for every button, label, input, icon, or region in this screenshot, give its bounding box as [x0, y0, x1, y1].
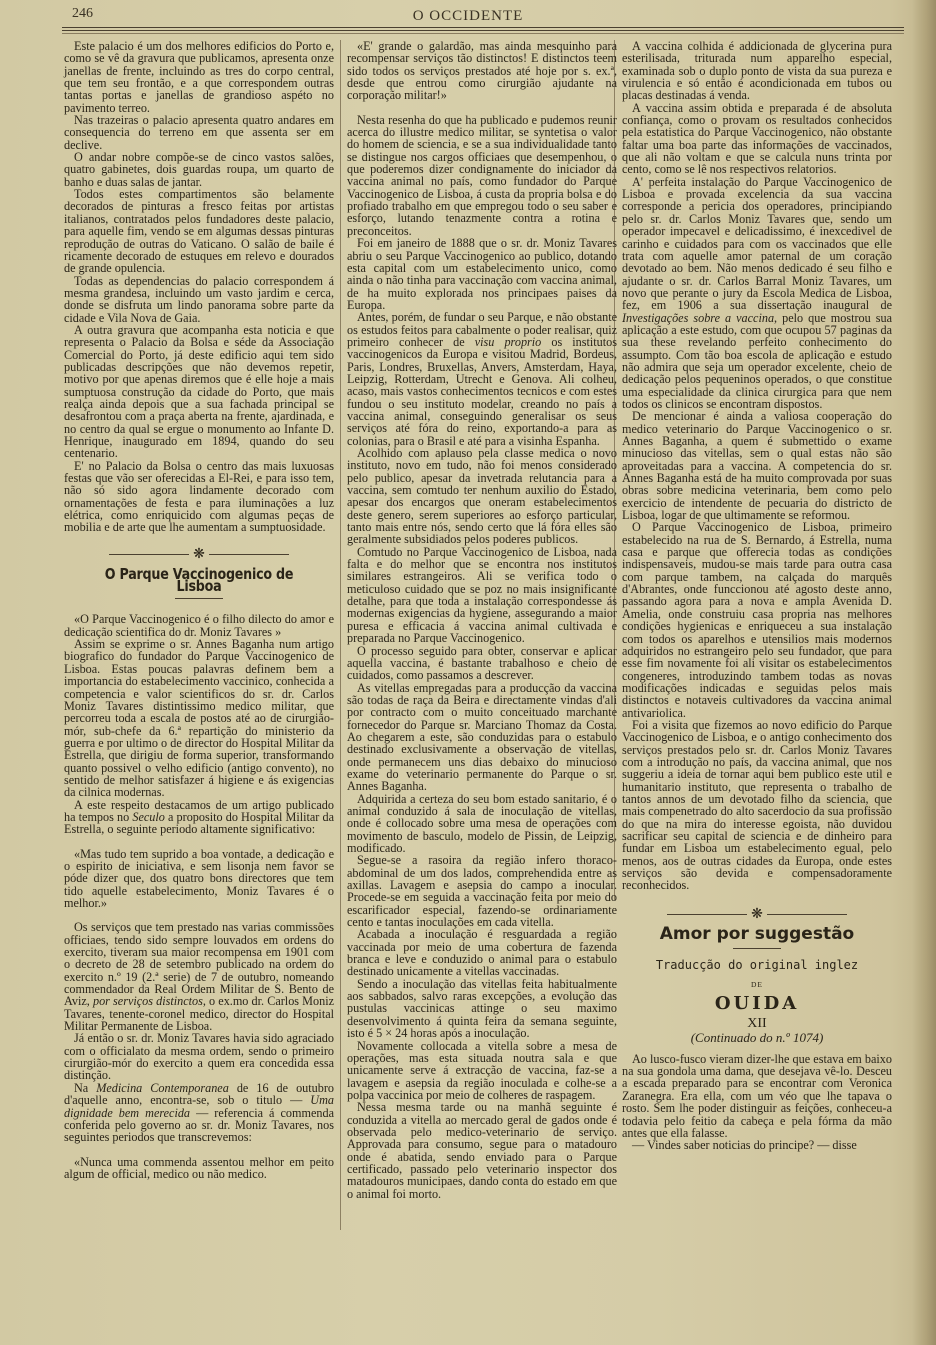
paragraph: Nesta resenha do que ha publicado e pude… — [347, 114, 617, 237]
paragraph-quote: «Nunca uma commenda assentou melhor em p… — [64, 1156, 334, 1181]
publication-title: O OCCIDENTE — [0, 8, 936, 25]
paragraph: — Vindes saber noticias do principe? — d… — [622, 1139, 892, 1151]
paragraph: E' no Palacio da Bolsa o centro das mais… — [64, 460, 334, 534]
paragraph: O andar nobre compõe-se de cinco vastos … — [64, 151, 334, 188]
column-3: A vaccina colhida é addicionada de glyce… — [622, 40, 892, 1152]
paragraph: Segue-se a rasoira da região infero thor… — [347, 854, 617, 928]
paragraph: A vaccina colhida é addicionada de glyce… — [622, 40, 892, 102]
continued-note: (Continuado do n.º 1074) — [622, 1032, 892, 1044]
rule-line — [667, 914, 747, 915]
rule-line — [109, 554, 189, 555]
paragraph: Nessa mesma tarde ou na manhã seguinte é… — [347, 1101, 617, 1200]
paragraph: Sendo a inoculação das vitellas feita ha… — [347, 978, 617, 1040]
paragraph: Na Medicina Contemporanea de 16 de outub… — [64, 1082, 334, 1144]
author-name: OUIDA — [622, 998, 892, 1010]
column-divider — [340, 40, 341, 1230]
rule-line — [209, 554, 289, 555]
column-2: «E' grande o galardão, mas ainda mesquin… — [347, 40, 617, 1200]
paragraph: A outra gravura que acompanha esta notic… — [64, 324, 334, 460]
paragraph: Nas trazeiras o palacio apresenta quatro… — [64, 114, 334, 151]
paragraph: Foi em janeiro de 1888 que o sr. dr. Mon… — [347, 237, 617, 311]
ornament-divider: ❋ — [64, 548, 334, 562]
paragraph: A vaccina assim obtida e preparada é de … — [622, 102, 892, 176]
paragraph: Já então o sr. dr. Moniz Tavares havia s… — [64, 1032, 334, 1081]
paragraph: O processo seguido para obter, conservar… — [347, 645, 617, 682]
paragraph-quote: «Mas tudo tem suprido a boa vontade, a d… — [64, 848, 334, 910]
title-rule — [175, 598, 223, 599]
paragraph: Foi a visita que fizemos ao novo edifici… — [622, 719, 892, 892]
paragraph: O Parque Vaccinogenico de Lisboa, primei… — [622, 521, 892, 719]
article-title: O Parque Vaccinogenico de Lisboa — [88, 568, 309, 593]
rule-line — [767, 914, 847, 915]
paragraph: Todos estes compartimentos são belamente… — [64, 188, 334, 274]
header-rule-thin — [62, 33, 904, 34]
paragraph: Os serviços que tem prestado nas varias … — [64, 921, 334, 1032]
asterism-ornament-icon: ❋ — [193, 548, 205, 562]
paragraph: Assim se exprime o sr. Annes Baganha num… — [64, 638, 334, 798]
paragraph-quote: «E' grande o galardão, mas ainda mesquin… — [347, 40, 617, 102]
paragraph: A' perfeita instalação do Parque Vaccino… — [622, 176, 892, 411]
paragraph: A este respeito destacamos de um artigo … — [64, 799, 334, 836]
title-rule — [733, 948, 781, 949]
paragraph: Acabada a inoculação é resguardada a reg… — [347, 928, 617, 977]
paragraph: Antes, porém, de fundar o seu Parque, e … — [347, 311, 617, 447]
chapter-number: XII — [622, 1018, 892, 1030]
paragraph: De mencionar é ainda a valiosa cooperaçã… — [622, 410, 892, 521]
asterism-ornament-icon: ❋ — [751, 908, 763, 922]
serial-title: Amor por suggestão — [622, 928, 892, 940]
paragraph: Adquirida a certeza do seu bom estado sa… — [347, 793, 617, 855]
paragraph: Novamente collocada a vitella sobre a me… — [347, 1040, 617, 1102]
paragraph: Todas as dependencias do palacio corresp… — [64, 275, 334, 324]
byline-de: DE — [622, 979, 892, 991]
paragraph: Ao lusco-fusco vieram dizer-lhe que esta… — [622, 1053, 892, 1139]
binding-edge — [912, 0, 936, 1345]
column-1: Este palacio é um dos melhores edificios… — [64, 40, 334, 1180]
paragraph: As vitellas empregadas para a producção … — [347, 682, 617, 793]
header-rule — [62, 27, 904, 31]
translation-credit: Traducção do original inglez — [622, 959, 892, 971]
paragraph: Este palacio é um dos melhores edificios… — [64, 40, 334, 114]
paragraph-quote: «O Parque Vaccinogenico é o filho dilect… — [64, 613, 334, 638]
ornament-divider: ❋ — [622, 908, 892, 922]
paragraph: Acolhido com aplauso pela classe medica … — [347, 447, 617, 546]
paragraph: Comtudo no Parque Vaccinogenico de Lisbo… — [347, 546, 617, 645]
